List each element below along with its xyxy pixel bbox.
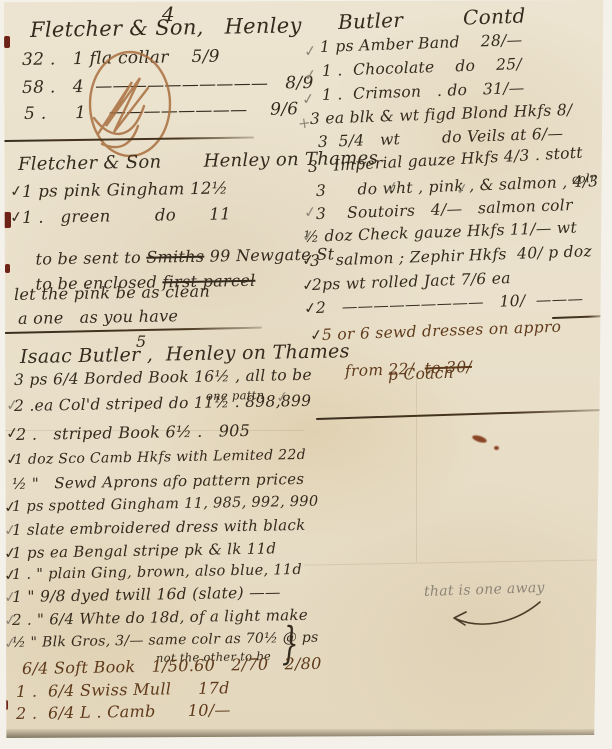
butler-row: 3 Soutoirs 4/— salmon colr [316,198,573,222]
section-c-row: 1 " 9/8 dyed twill 16d (slate) —— [12,585,281,605]
edge-speck [5,264,10,273]
check-mark-icon: ✓ [303,41,318,61]
scanned-manuscript-page: { "icons": { "check": "✓", "plus": "+", … [0,0,612,749]
flourish-arrow [442,598,546,634]
check-mark-icon: ✓ [3,497,18,517]
section-b-row: 1 . green do 11 [22,206,231,226]
section-c-row: 2 . striped Book 6½ . 905 [16,423,250,443]
fold-crease [4,430,304,431]
ink-blot [494,446,499,450]
butler-row: 1 ps Amber Band 28/— [320,33,523,56]
fold-crease [304,559,604,565]
plus-mark-icon: + [297,113,312,133]
edge-speck [4,700,8,710]
check-mark-icon: ✓ [301,275,316,295]
check-mark-icon: ✓ [3,610,18,630]
section-c-row: 2 .ea Col'd striped do 11½ . 898,899 [14,394,312,415]
check-mark-icon: ✓ [301,89,316,109]
section-c-row: 1 doz Sco Camb Hkfs with Lemited 22d [14,448,306,467]
section-c-header: Isaac Butler , Henley on Thames [20,342,350,367]
edge-speck [4,36,10,48]
butler-row: 3 ea blk & wt figd Blond Hkfs 8/ [310,103,573,128]
section-c-row: 1 ps ea Bengal stripe pk & lk 11d [12,541,277,561]
section-b-instruction: a one as you have [18,308,179,327]
section-c-row: 3 ps 6/4 Borded Book 16½ , all to be [14,368,312,389]
section-c-row: 1 . " plain Ging, brown, also blue, 11d [12,563,302,583]
check-mark-icon: ✓ [303,202,318,222]
paper-bottom-shadow [4,729,605,738]
check-mark-icon: ✓ [301,250,316,270]
butler-row: ½ doz Check gauze Hkfs 11/— wt [304,220,577,245]
check-mark-icon: ✓ [3,520,18,540]
check-mark-icon: ✓ [9,207,24,227]
check-mark-icon: ✓ [301,226,316,246]
check-mark-icon: ✓ [385,177,400,197]
total-underline [552,315,604,319]
check-mark-icon: ✓ [5,449,20,469]
appro-note-line: p Coach [388,366,455,384]
section-c-row: 2 . " 6/4 Whte do 18d, of a light make [12,608,308,628]
check-mark-icon: ✓ [303,298,318,318]
check-mark-icon: ✓ [5,395,20,415]
fold-crease [416,372,417,562]
section-b-row: 1 ps pink Gingham 12½ [22,180,228,200]
ink-scribble [80,48,176,160]
butler-row: 1 . Chocolate do 25/ [322,57,522,79]
check-mark-icon: ✓ [3,565,18,585]
check-mark-icon: ✓ [5,423,20,443]
edge-speck [4,212,11,228]
check-mark-icon: ✓ [3,543,18,563]
section-c-row: ½ " Sewd Aprons afo pattern prices [12,472,305,492]
butler-row: 2ps wt rolled Jact 7/6 ea [312,271,511,293]
check-mark-icon: ✓ [303,65,318,85]
ink-blot [471,434,487,444]
check-mark-icon: ✓ [3,587,18,607]
check-mark-icon: ✓ [275,387,290,407]
check-mark-icon: ✓ [309,325,324,345]
section-butler-header: Butler Contd [338,5,526,32]
section-divider [316,409,604,420]
check-mark-icon: ✓ [3,633,18,653]
section-c-row: 2 . 6/4 L . Camb 10/— [16,702,231,722]
butler-row: 2 ————————— 10/ ——— [316,292,584,317]
section-c-row: 1 . 6/4 Swiss Mull 17d [16,680,230,700]
pencil-margin-note: that is one away [424,581,545,599]
check-mark-icon: ✓ [9,181,24,201]
section-divider [4,327,262,334]
manuscript-paper: 4 Fletcher & Son, Henley 32 . 1 fla coll… [4,0,605,738]
butler-row: 1 . Crimson . do 31/— [322,81,525,104]
section-b-instruction: let the pink be as clean [14,284,210,303]
check-mark-icon: ✓ [455,179,470,199]
section-c-row: 1 ps spotted Gingham 11, 985, 992, 990 [12,495,319,515]
section-c-row: 6/4 Soft Book 1/50.60 2/70 2/80 [22,656,322,677]
section-c-row: ½ " Blk Gros, 3/— same colr as 70½ @ ps [12,631,319,650]
butler-row: 3 salmon ; Zephir Hkfs 40/ p doz [310,244,592,269]
section-a-header: Fletcher & Son, Henley [30,15,302,41]
appro-note-line: 5 or 6 sewd dresses on appro [322,320,562,344]
section-c-row: 1 slate embroidered dress with black [12,518,306,538]
